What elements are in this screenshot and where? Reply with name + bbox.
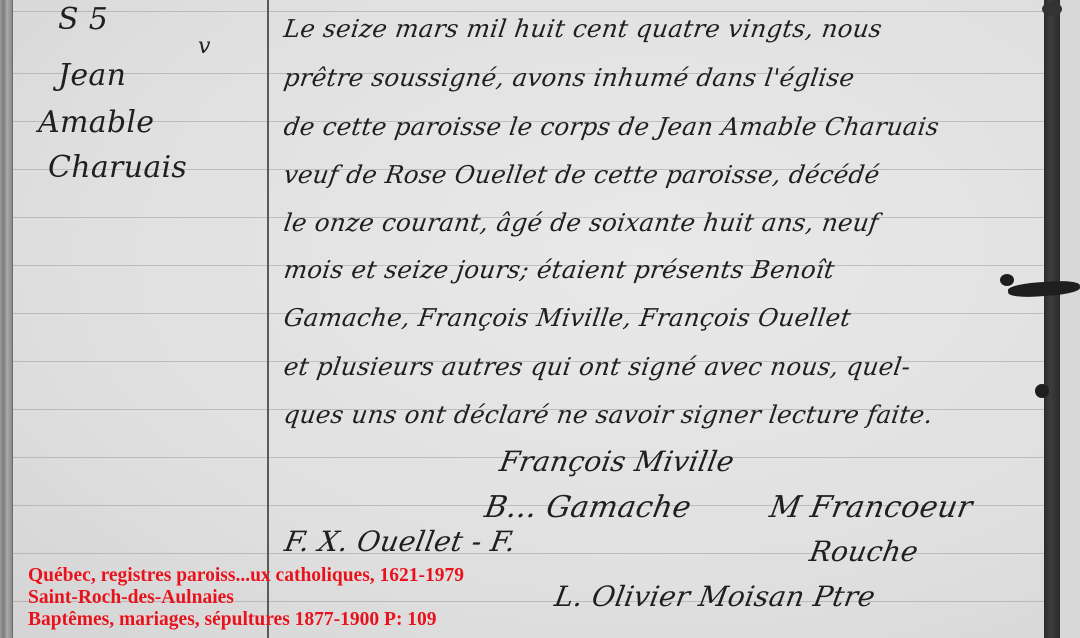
caption-collection: Québec, registres paroiss...ux catholiqu… xyxy=(28,565,464,587)
caption-parish: Saint-Roch-des-Aulnaies xyxy=(28,587,464,609)
source-caption: Québec, registres paroiss...ux catholiqu… xyxy=(28,565,464,631)
caption-register-page: Baptêmes, mariages, sépultures 1877-1900… xyxy=(28,609,464,631)
body-line-1: Le seize mars mil huit cent quatre vingt… xyxy=(282,14,884,43)
ink-blot xyxy=(1035,384,1049,398)
body-line-4: veuf de Rose Ouellet de cette paroisse, … xyxy=(282,160,882,189)
body-line-5: le onze courant, âgé de soixante huit an… xyxy=(282,208,881,237)
signature-gamache: B... Gamache xyxy=(482,490,694,525)
ink-blot xyxy=(1000,274,1014,286)
body-line-7: Gamache, François Miville, François Ouel… xyxy=(282,303,853,332)
signature-ouellet: F. X. Ouellet - F. xyxy=(282,525,518,558)
signature-francoeur: M Francoeur xyxy=(767,490,975,525)
body-line-3: de cette paroisse le corps de Jean Amabl… xyxy=(282,112,941,141)
body-line-6: mois et seize jours; étaient présents Be… xyxy=(282,255,837,284)
margin-entry-number: S 5 xyxy=(58,2,108,37)
signature-francois-miville: François Miville xyxy=(497,445,737,478)
body-line-2: prêtre soussigné, avons inhumé dans l'ég… xyxy=(282,63,857,92)
margin-divider-line xyxy=(267,0,269,638)
left-binding-edge xyxy=(0,0,13,638)
ink-blot xyxy=(1042,2,1062,16)
signature-rouche: Rouche xyxy=(807,535,921,568)
body-line-9: ques uns ont déclaré ne savoir signer le… xyxy=(282,400,935,429)
margin-name-last: Charuais xyxy=(48,150,187,185)
margin-name-middle: Amable xyxy=(38,105,154,140)
signature-priest-moisan: L. Olivier Moisan Ptre xyxy=(552,580,878,613)
right-page-edge xyxy=(1060,0,1080,638)
margin-check-mark: v xyxy=(198,34,211,59)
body-line-8: et plusieurs autres qui ont signé avec n… xyxy=(282,352,912,381)
margin-name-first: Jean xyxy=(58,58,126,93)
register-page: S 5 v Jean Amable Charuais Le seize mars… xyxy=(0,0,1080,638)
right-binding-bar xyxy=(1044,0,1060,638)
